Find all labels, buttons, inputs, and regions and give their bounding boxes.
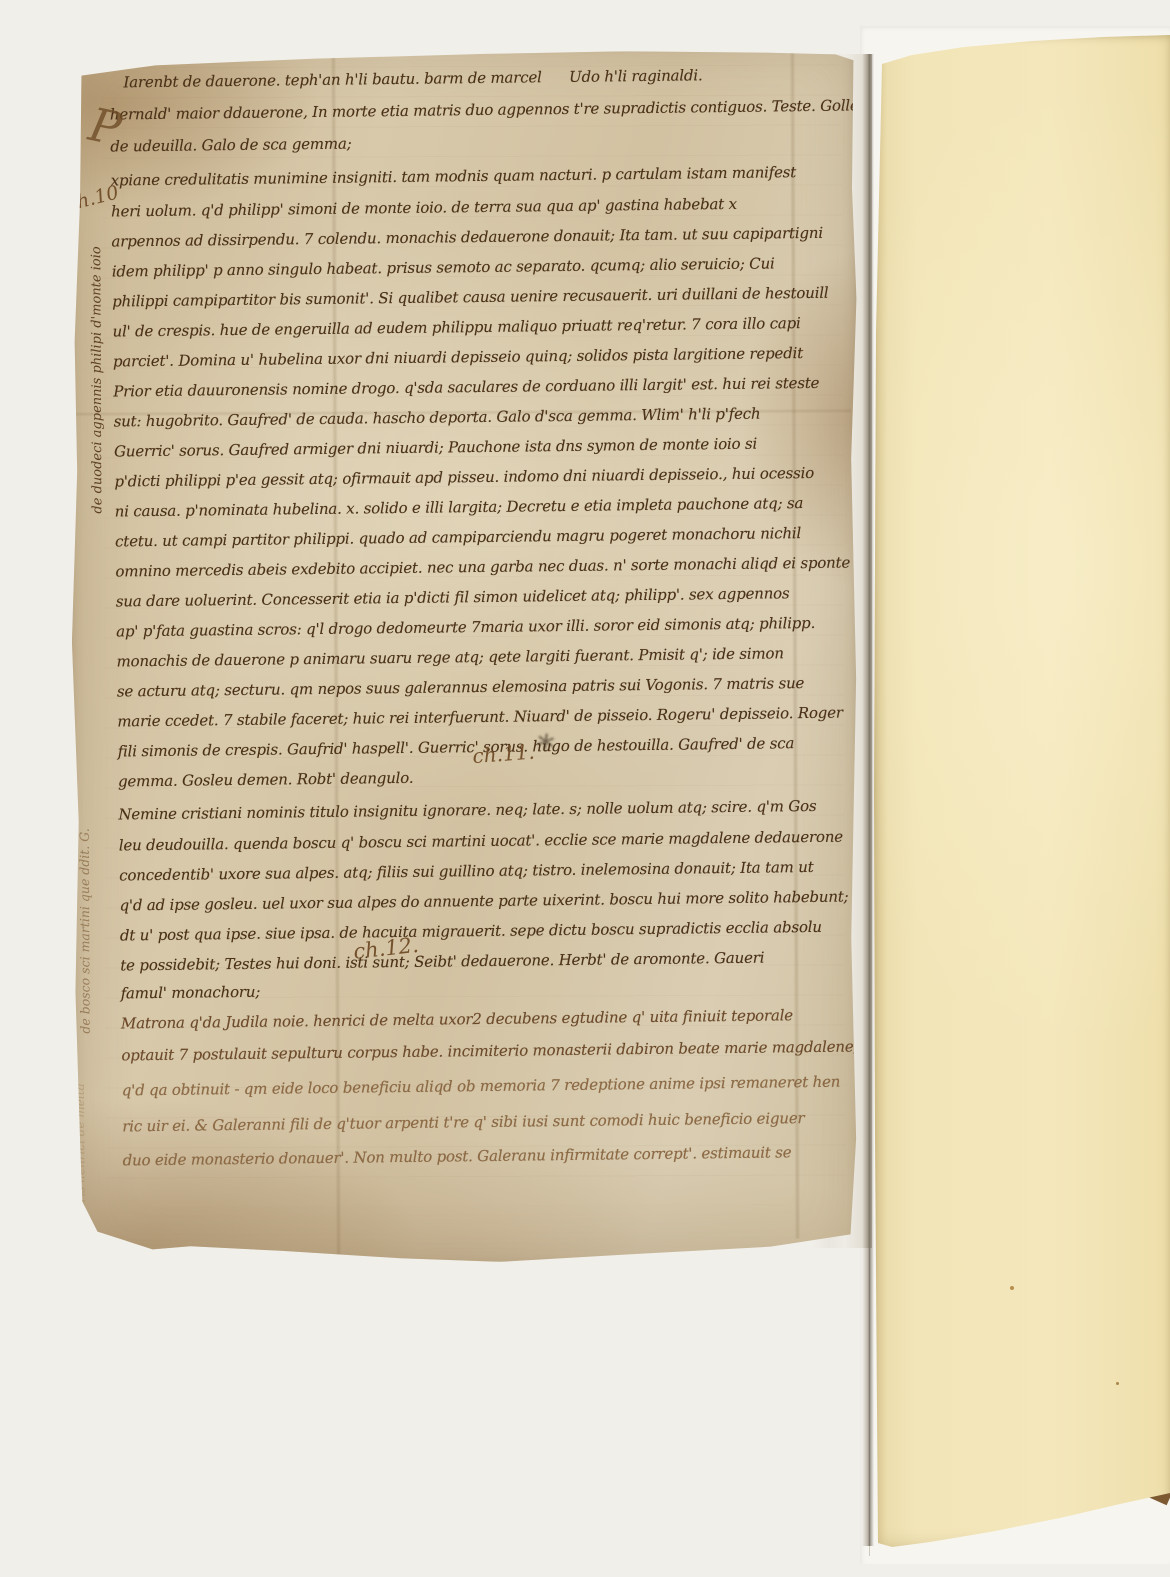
album-page-shading bbox=[872, 34, 1170, 1550]
page-speck bbox=[1010, 1286, 1014, 1290]
manuscript-photo: Iarenbt de dauerone. teph'an h'li bautu.… bbox=[0, 0, 1170, 1577]
parchment-edge-shading bbox=[65, 38, 862, 1273]
album-page bbox=[872, 34, 1170, 1550]
gutter-shadow bbox=[862, 54, 874, 1546]
parchment-leaf: Iarenbt de dauerone. teph'an h'li bautu.… bbox=[65, 38, 862, 1273]
page-speck bbox=[1116, 1382, 1119, 1385]
